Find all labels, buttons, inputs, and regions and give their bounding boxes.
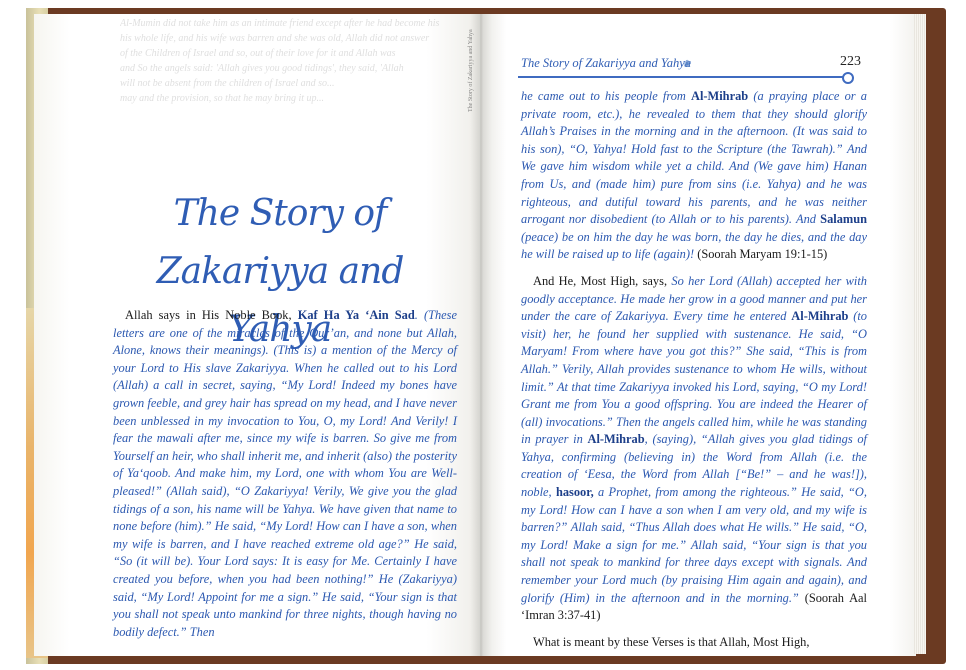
bold-term: Al-Mihrab [588,432,645,446]
quran-quote: . (These letters are one of the miracles… [113,308,457,639]
bleed-through-text: Al-Mumin did not take him as an intimate… [120,16,460,136]
bold-term: Kaf Ha Ya ‘Ain Sad [298,308,415,322]
paragraph: And He, Most High, says, So her Lord (Al… [521,273,867,625]
paragraph: What is meant by these Verses is that Al… [521,634,867,652]
page-block-edge [914,14,926,654]
paragraph: Allah says in His Noble Book, Kaf Ha Ya … [113,307,457,641]
paragraph: he came out to his people from Al-Mihrab… [521,88,867,264]
bold-term: Al-Mihrab [691,89,748,103]
bold-term: hasoor, [556,485,594,499]
left-page-body: Allah says in His Noble Book, Kaf Ha Ya … [113,307,457,641]
page-number: 223 [840,54,861,70]
running-head-title: The Story of Zakariyya and Yahya [521,56,691,71]
right-page-body: he came out to his people from Al-Mihrab… [521,88,867,651]
bold-term: Salamun [820,212,867,226]
verse-reference: (Soorah Maryam 19:1-15) [697,247,827,261]
running-head: The Story of Zakariyya and Yahya ❀ 223 [521,56,861,78]
header-rule [518,76,850,78]
gutter-shadow [470,14,492,656]
flower-ornament-icon: ❀ [683,59,691,70]
chapter-title-line-1: The Story of Zakariyya and [157,193,404,292]
bold-term: Al-Mihrab [791,309,848,323]
